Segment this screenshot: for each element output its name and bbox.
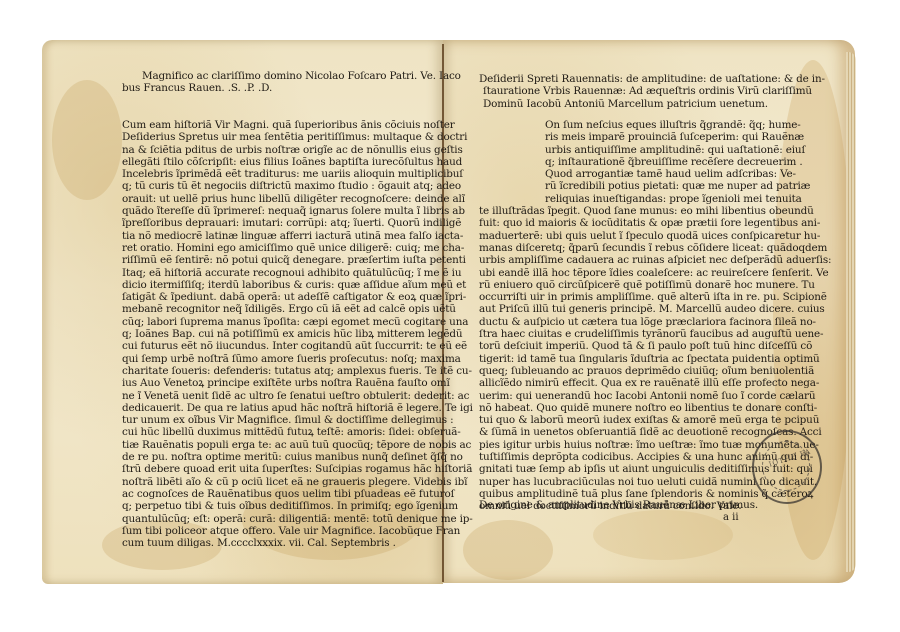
text-line: occurriſti uir in primis ampliſſime. quẽ…	[479, 291, 769, 303]
text-line: rũ ĩcredibili potius pietati: quæ me nup…	[479, 180, 769, 192]
text-line: ſum tibi policeor atque offero. Vale uir…	[122, 525, 412, 537]
text-line: ſtrũ debere quoad erit uita ſuperſtes: S…	[122, 463, 412, 475]
text-line: charitate ſoueris: defenderis: tutatus a…	[122, 365, 412, 377]
stain	[52, 80, 122, 200]
text-line: queq; ſubleuando ac prauos deprimẽdo ciu…	[479, 365, 769, 377]
text-line: q; Ioãnes Bap. cui nã potiſſimũ ex amici…	[122, 328, 412, 340]
text-line: Incelebris ĩprimẽdã eẽt traditurus: me u…	[122, 168, 412, 180]
text-line: Quod arrogantiæ tamẽ haud uelim adſcriba…	[479, 168, 769, 180]
text-line: Itaq; eã hiſtoriã accurate recognoui adh…	[122, 267, 412, 279]
text-line: cui futurus eẽt nõ iiucundus. Inter cogi…	[122, 340, 412, 352]
text-line: pies igitur urbis huius noſtræ: ĩmo ueſt…	[479, 439, 769, 451]
text-line: ius Auo Venetoꝝ principe exiſtẽte urbs n…	[122, 377, 412, 389]
text-line: aut Priſcũ illũ tui generis principẽ. M.…	[479, 303, 769, 315]
text-line: cum tuum diligas. M.cccclxxxix. vii. Cal…	[122, 537, 412, 549]
text-line: dedicauerit. De qua re latius apud hãc n…	[122, 402, 412, 414]
text-line: cui hũc libellũ duximus mittẽdũ futuꝝ te…	[122, 426, 412, 438]
left-page-heading: Magnifico ac clariſſimo domino Nicolao F…	[122, 70, 412, 95]
text-line: ductu & auſpicio ut cætera tua lõge præc…	[479, 316, 769, 328]
text-line: ĩpreſſoribus deprauari: imutari: corrũpi…	[122, 217, 412, 229]
text-line: rũ eniuero quõ circũſpicerẽ quẽ potiſſim…	[479, 279, 769, 291]
text-line: ſatigãt & ĩpediunt. dabã operã: ut adeſſ…	[122, 291, 412, 303]
heading-line: Magnifico ac clariſſimo domino Nicolao F…	[122, 70, 412, 82]
text-line: ſtra haec ciuitas e crudeliſſimis tyrãno…	[479, 328, 769, 340]
text-line: Cum eam hiſtoriã Vir Magni. quã ſuperior…	[122, 119, 412, 131]
text-line: de re pu. noſtra optime meritũ: cuius ma…	[122, 451, 412, 463]
text-line: ne ĩ Venetã uenit ſidẽ ac ultro ſe ſenat…	[122, 390, 412, 402]
text-line: q; perpetuo tibi & tuis oĩbus deditiſſim…	[122, 500, 412, 512]
text-line: nuper has lucubraciũculas noi tuo ueluti…	[479, 476, 769, 488]
text-line: dicio itermiſſiſq; iterdũ laboribus & cu…	[122, 279, 412, 291]
text-line: q; tũ curis tũ ẽt negociis diſtrictũ max…	[122, 180, 412, 192]
right-page-heading: Deſiderii Spreti Rauennatis: de amplitud…	[479, 73, 769, 110]
stain	[593, 510, 733, 560]
text-line: tigerit: id tamẽ tua ſingularis ĩduſtria…	[479, 353, 769, 365]
book-title-line: De origine & amplitudine Vrbis Rauẽnæ Li…	[479, 499, 779, 511]
text-line: ris meis imparẽ prouinciã ſuſceperim: qu…	[479, 131, 769, 143]
text-line: quantulũcũq; eſt: operã: curã: diligenti…	[122, 513, 412, 525]
heading-line: bus Francus Rauen. .S. .P. .D.	[122, 82, 412, 94]
text-line: mebanẽ recognitor neq̃ ĩdiligẽs. Ergo cũ…	[122, 303, 412, 315]
text-line: fuit: quo id maioris & iocũditatis & opæ…	[479, 217, 769, 229]
text-line: urbis antiquiſſime amplitudinẽ: qui uaſt…	[479, 144, 769, 156]
text-line: ac cognoſces de Rauẽnatibus quos uelim t…	[122, 488, 412, 500]
text-line: tiæ Rauẽnatis populi erga te: ac auũ tuũ…	[122, 439, 412, 451]
text-line: Deſiderius Spretus uir mea ſentẽtia peri…	[122, 131, 412, 143]
heading-line: ſtauratione Vrbis Rauennæ: Ad æqueſtris …	[479, 85, 769, 97]
text-line: tur unum ex oĩbus Vir Magnifice. ſimul &…	[122, 414, 412, 426]
text-line: na & ſciẽtia pditus de urbis noſtræ orig…	[122, 144, 412, 156]
text-line: & ſũmã in uenetos obſeruantiã ſidẽ ac de…	[479, 426, 769, 438]
text-line: quãdo ĩtereſſe dũ ĩprimereſ: nequaq̃ ign…	[122, 205, 412, 217]
text-line: reliquias inueſtigandas: prope ĩgenioli …	[479, 193, 769, 205]
library-stamp-icon: IOTHE FA	[752, 430, 822, 504]
heading-line: Deſiderii Spreti Rauennatis: de amplitud…	[479, 73, 769, 85]
text-line: torũ deſciuit imperiũ. Quod tã & ſi paul…	[479, 340, 769, 352]
text-line: noſtrã libẽti aĩo & cũ p ociũ licet eã n…	[122, 476, 412, 488]
text-line: maduerterẽ: ubi quis uelut ĩ ſpeculo quo…	[479, 230, 769, 242]
text-line: ret oratio. Homini ego amiciſſimo quẽ un…	[122, 242, 412, 254]
text-line: On ſum neſcius eques illuſtris q̃grandẽ:…	[479, 119, 769, 131]
signature-mark: a ii	[723, 512, 739, 523]
text-line: tia nõ mediocrẽ latinæ linguæ afferri ia…	[122, 230, 412, 242]
right-page-body: On ſum neſcius eques illuſtris q̃grandẽ:…	[479, 119, 769, 513]
text-line: ubi eandẽ illã hoc tẽpore ĩdies coaleſce…	[479, 267, 769, 279]
text-line: te illuſtrãdas ĩpegit. Quod ſane munus: …	[479, 205, 769, 217]
text-line: uerim: qui uenerandũ hoc Iacobi Antonii …	[479, 390, 769, 402]
heading-line: Dominũ Iacobũ Antoniũ Marcellum patriciu…	[479, 98, 769, 110]
text-line: qui ſemp urbẽ noſtrã ſũmo amore ſueris p…	[122, 353, 412, 365]
fore-edge	[846, 52, 856, 572]
text-line: nõ habeat. Quo quidẽ munere noſtro eo li…	[479, 402, 769, 414]
text-line: q; inſtaurationẽ q̃breuiſſime recẽſere d…	[479, 156, 769, 168]
text-line: tuſtiſſimis deprõpta codicibus. Accipies…	[479, 451, 769, 463]
text-line: manas diſceretq; q̃parũ ſecundis ĩ rebus…	[479, 242, 769, 254]
text-line: tui quo & laborũ meorũ iudex exiſtas & a…	[479, 414, 769, 426]
text-line: allicĩẽdo nimirũ effecit. Qua ex re rauẽ…	[479, 377, 769, 389]
text-line: cũq; labori ſuprema manus ĩpoſita: cæpi …	[122, 316, 412, 328]
text-line: gnitati tuæ ſemp ab ipſis ut aiunt ungui…	[479, 463, 769, 475]
open-book: Magnifico ac clariſſimo domino Nicolao F…	[0, 0, 900, 632]
text-line: riſſimũ eẽ ſentirẽ: nõ potui quicq̃ dene…	[122, 254, 412, 266]
text-line: orauit: ut uellẽ prius hunc libellũ dili…	[122, 193, 412, 205]
stain	[463, 520, 553, 580]
colophon-text: De origine & amplitudine Vrbis Rauẽnæ Li…	[479, 499, 779, 511]
left-page-body: Cum eam hiſtoriã Vir Magni. quã ſuperior…	[122, 119, 412, 549]
text-line: urbis ampliſſime cadauera ac ruinas aſpi…	[479, 254, 769, 266]
text-line: ellegãti ſtilo cõſcripſit: eius filius I…	[122, 156, 412, 168]
